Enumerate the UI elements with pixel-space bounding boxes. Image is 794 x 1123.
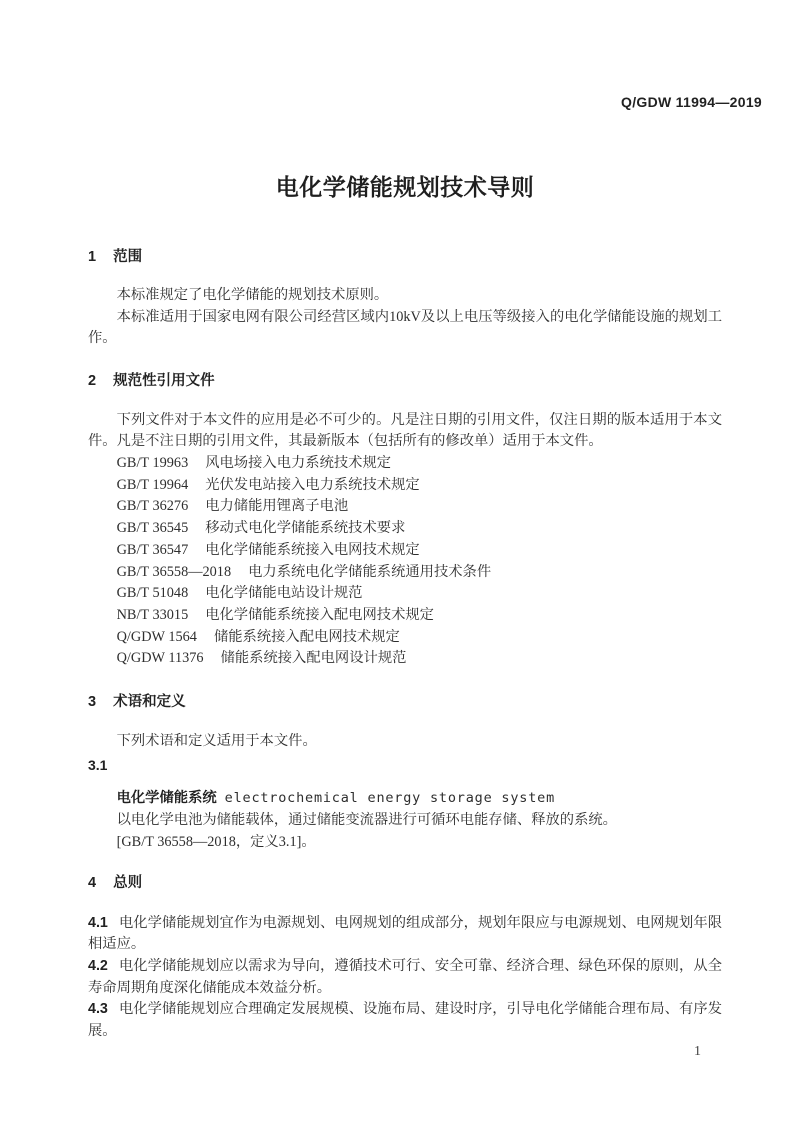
clause-number: 4.1 <box>88 915 108 931</box>
reference-title: 电化学储能系统接入配电网技术规定 <box>205 607 434 623</box>
page-number: 1 <box>694 1044 701 1060</box>
reference-code: GB/T 36547 <box>117 542 189 558</box>
reference-title: 电化学储能电站设计规范 <box>205 585 362 601</box>
reference-code: Q/GDW 11376 <box>117 650 204 666</box>
clause-text: 电化学储能规划应以需求为导向，遵循技术可行、安全可靠、经济合理、绿色环保的原则，… <box>88 958 722 996</box>
reference-title: 风电场接入电力系统技术规定 <box>205 455 391 471</box>
clause-4-2: 4.2电化学储能规划应以需求为导向，遵循技术可行、安全可靠、经济合理、绿色环保的… <box>88 956 722 999</box>
section-1-body: 本标准规定了电化学储能的规划技术原则。 本标准适用于国家电网有限公司经营区域内1… <box>88 285 722 350</box>
section-2-heading: 2规范性引用文件 <box>88 370 722 392</box>
section-1-number: 1 <box>88 246 96 268</box>
reference-code: GB/T 36545 <box>117 520 189 536</box>
reference-title: 电力系统电化学储能系统通用技术条件 <box>248 564 491 580</box>
section-2-title: 规范性引用文件 <box>113 373 215 389</box>
clause-number: 4.2 <box>88 958 108 974</box>
section-1-title: 范围 <box>113 249 142 265</box>
term-definition: 以电化学电池为储能载体，通过储能变流器进行可循环电能存储、释放的系统。 <box>88 810 722 832</box>
reference-title: 光伏发电站接入电力系统技术规定 <box>205 477 419 493</box>
scope-paragraph-1: 本标准规定了电化学储能的规划技术原则。 <box>88 285 722 307</box>
term-line: 电化学储能系统electrochemical energy storage sy… <box>88 788 722 810</box>
general-clauses: 4.1电化学储能规划宜作为电源规划、电网规划的组成部分，规划年限应与电源规划、电… <box>88 913 722 1043</box>
section-3-number: 3 <box>88 691 96 713</box>
reference-title: 电力储能用锂离子电池 <box>205 498 348 514</box>
reference-item: GB/T 51048电化学储能电站设计规范 <box>88 583 722 605</box>
section-2-number: 2 <box>88 370 96 392</box>
section-3-title: 术语和定义 <box>113 694 186 710</box>
reference-code: Q/GDW 1564 <box>117 629 197 645</box>
reference-item: Q/GDW 1564储能系统接入配电网技术规定 <box>88 627 722 649</box>
references-intro: 下列文件对于本文件的应用是必不可少的。凡是注日期的引用文件，仅注日期的版本适用于… <box>88 410 722 453</box>
section-4-title: 总则 <box>113 875 142 891</box>
reference-code: GB/T 36276 <box>117 498 189 514</box>
term-name-en: electrochemical energy storage system <box>225 790 555 806</box>
reference-item: GB/T 36545移动式电化学储能系统技术要求 <box>88 518 722 540</box>
document-title: 电化学储能规划技术导则 <box>88 172 722 202</box>
reference-title: 储能系统接入配电网技术规定 <box>214 629 400 645</box>
reference-item: NB/T 33015电化学储能系统接入配电网技术规定 <box>88 605 722 627</box>
reference-title: 移动式电化学储能系统技术要求 <box>205 520 405 536</box>
document-content: 电化学储能规划技术导则 1范围 本标准规定了电化学储能的规划技术原则。 本标准适… <box>88 0 722 1043</box>
reference-code: GB/T 19964 <box>117 477 189 493</box>
clause-text: 电化学储能规划宜作为电源规划、电网规划的组成部分，规划年限应与电源规划、电网规划… <box>88 915 722 953</box>
section-4-number: 4 <box>88 872 96 894</box>
reference-item: GB/T 19964光伏发电站接入电力系统技术规定 <box>88 475 722 497</box>
reference-item: GB/T 19963风电场接入电力系统技术规定 <box>88 453 722 475</box>
term-source: [GB/T 36558—2018，定义3.1]。 <box>88 832 722 854</box>
section-4-heading: 4总则 <box>88 872 722 894</box>
reference-code: NB/T 33015 <box>117 607 189 623</box>
term-name-zh: 电化学储能系统 <box>117 790 217 806</box>
clause-4-3: 4.3电化学储能规划应合理确定发展规模、设施布局、建设时序，引导电化学储能合理布… <box>88 999 722 1042</box>
reference-item: GB/T 36558—2018电力系统电化学储能系统通用技术条件 <box>88 562 722 584</box>
reference-item: GB/T 36276电力储能用锂离子电池 <box>88 496 722 518</box>
term-number: 3.1 <box>88 755 722 777</box>
terms-intro: 下列术语和定义适用于本文件。 <box>88 731 722 753</box>
reference-code: GB/T 36558—2018 <box>117 564 232 580</box>
scope-paragraph-2: 本标准适用于国家电网有限公司经营区域内10kV及以上电压等级接入的电化学储能设施… <box>88 307 722 350</box>
reference-list: GB/T 19963风电场接入电力系统技术规定 GB/T 19964光伏发电站接… <box>88 453 722 670</box>
document-page: Q/GDW 11994—2019 电化学储能规划技术导则 1范围 本标准规定了电… <box>0 0 794 1123</box>
clause-number: 4.3 <box>88 1001 108 1017</box>
clause-4-1: 4.1电化学储能规划宜作为电源规划、电网规划的组成部分，规划年限应与电源规划、电… <box>88 913 722 956</box>
reference-title: 电化学储能系统接入电网技术规定 <box>205 542 419 558</box>
clause-text: 电化学储能规划应合理确定发展规模、设施布局、建设时序，引导电化学储能合理布局、有… <box>88 1001 722 1039</box>
reference-item: GB/T 36547电化学储能系统接入电网技术规定 <box>88 540 722 562</box>
section-1-heading: 1范围 <box>88 246 722 268</box>
reference-title: 储能系统接入配电网设计规范 <box>221 650 407 666</box>
section-3-heading: 3术语和定义 <box>88 691 722 713</box>
reference-code: GB/T 19963 <box>117 455 189 471</box>
reference-code: GB/T 51048 <box>117 585 189 601</box>
reference-item: Q/GDW 11376储能系统接入配电网设计规范 <box>88 648 722 670</box>
